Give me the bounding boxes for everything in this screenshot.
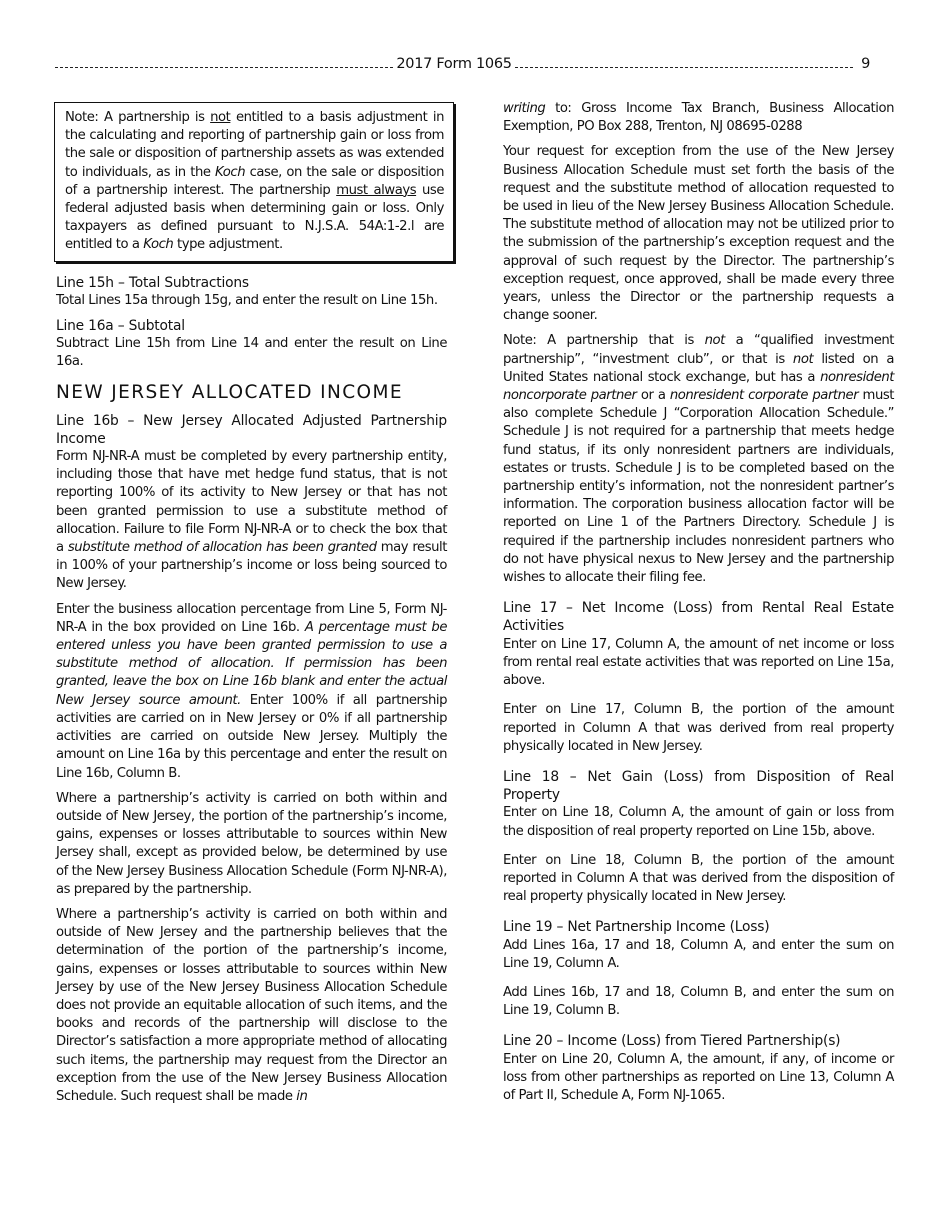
section-title: Line 20 – Income (Loss) from Tiered Part… [503,1032,894,1050]
schedule-j-note: Note: A partnership that is not a “quali… [503,332,894,587]
paragraph: Where a partnership’s activity is carrie… [56,906,447,1106]
text-run: to: Gross Income Tax Branch, Business Al… [503,101,894,134]
form-title: 2017 Form 1065 [393,56,514,72]
paragraph: Enter the business allocation percentage… [56,601,447,783]
italic-text: not [793,352,813,367]
italic-text: substitute method of allocation has been… [68,540,377,555]
paragraph: Form NJ-NR-A must be completed by every … [56,448,447,594]
section-title: Line 16b – New Jersey Allocated Adjusted… [56,412,447,448]
text-run: or a [637,388,670,403]
italic-text: nonresident corporate partner [670,388,858,403]
text-run: Note: A partnership is [65,110,210,125]
section-title: Line 18 – Net Gain (Loss) from Dispositi… [503,768,894,804]
right-column: writing to: Gross Income Tax Branch, Bus… [503,100,894,1112]
section-line-20: Line 20 – Income (Loss) from Tiered Part… [503,1032,894,1105]
italic-text: in [296,1089,307,1104]
section-line-19: Line 19 – Net Partnership Income (Loss) … [503,918,894,1020]
section-body: Total Lines 15a through 15g, and enter t… [56,292,447,310]
page-header: 2017 Form 1065 9 [55,56,870,72]
text-run: Note: A partnership that is [503,333,705,348]
italic-text: Koch [143,237,173,252]
paragraph: Enter on Line 20, Column A, the amount, … [503,1051,894,1106]
koch-note-text: Note: A partnership is not entitled to a… [65,109,444,255]
section-line-16a: Line 16a – Subtotal Subtract Line 15h fr… [56,317,447,372]
header-rule-left [55,67,393,68]
paragraph: Add Lines 16a, 17 and 18, Column A, and … [503,937,894,973]
text-run: type adjustment. [173,237,282,252]
exception-request-paragraph: Your request for exception from the use … [503,143,894,325]
left-column: Note: A partnership is not entitled to a… [56,100,447,1113]
section-line-16b: Line 16b – New Jersey Allocated Adjusted… [56,412,447,1107]
underlined-text: not [210,110,230,125]
koch-note-box: Note: A partnership is not entitled to a… [54,102,454,262]
underlined-text: must always [336,183,416,198]
section-line-15h: Line 15h – Total Subtractions Total Line… [56,274,447,310]
page-number: 9 [853,56,870,72]
text-run: must also complete Schedule J “Corporati… [503,388,894,585]
paragraph: Where a partnership’s activity is carrie… [56,790,447,899]
italic-text: Koch [215,165,245,180]
section-line-18: Line 18 – Net Gain (Loss) from Dispositi… [503,768,894,906]
italic-text: not [705,333,725,348]
text-run: Where a partnership’s activity is carrie… [56,907,447,1104]
section-title: Line 15h – Total Subtractions [56,274,447,292]
paragraph: Enter on Line 18, Column A, the amount o… [503,804,894,840]
paragraph: Enter on Line 17, Column A, the amount o… [503,636,894,691]
nj-allocated-income-heading: NEW JERSEY ALLOCATED INCOME [56,382,447,404]
paragraph: Add Lines 16b, 17 and 18, Column B, and … [503,984,894,1020]
section-body: Subtract Line 15h from Line 14 and enter… [56,335,447,371]
paragraph-continuation: writing to: Gross Income Tax Branch, Bus… [503,100,894,136]
header-rule-right [515,67,853,68]
section-title: Line 17 – Net Income (Loss) from Rental … [503,599,894,635]
section-title: Line 19 – Net Partnership Income (Loss) [503,918,894,936]
italic-text: writing [503,101,545,116]
section-line-17: Line 17 – Net Income (Loss) from Rental … [503,599,894,756]
section-title: Line 16a – Subtotal [56,317,447,335]
paragraph: Enter on Line 17, Column B, the portion … [503,701,894,756]
paragraph: Enter on Line 18, Column B, the portion … [503,852,894,907]
